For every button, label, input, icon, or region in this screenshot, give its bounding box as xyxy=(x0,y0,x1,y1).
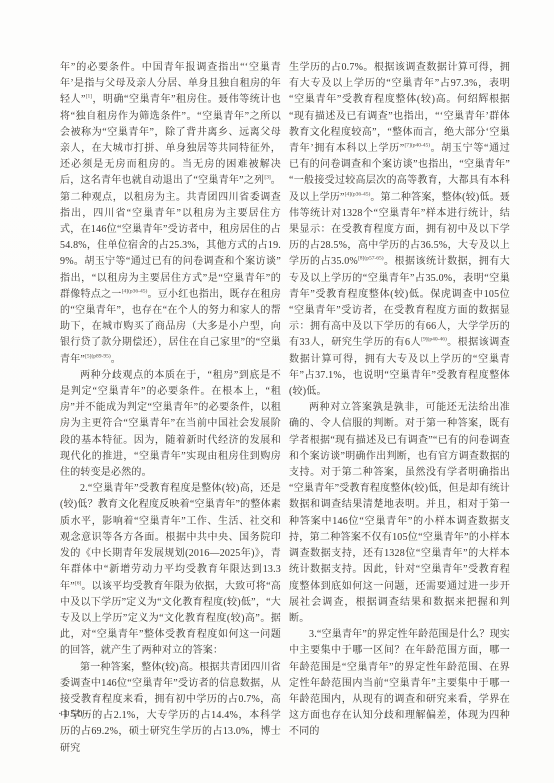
document-page: 年”的必要条件。中国青年报调查指出“‘空巢青年’是指与父母及亲人分居、单身且独自… xyxy=(0,0,554,783)
left-column: 年”的必要条件。中国青年报调查指出“‘空巢青年’是指与父母及亲人分居、单身且独自… xyxy=(60,60,281,757)
paragraph-continuation: 年”的必要条件。中国青年报调查指出“‘空巢青年’是指与父母及亲人分居、单身且独自… xyxy=(60,60,281,368)
right-column: 生学历的占0.7%。根据该调查数据计算可得，拥有大专及以上学历的“空巢青年”占9… xyxy=(289,60,510,757)
paragraph: 两种对立答案孰是孰非，可能还无法给出准确的、令人信服的判断。对于第一种答案，既有… xyxy=(289,400,510,627)
paragraph: 3.“空巢青年”的界定性年龄范围是什么？现实中主要集中于哪一区间？在年龄范围方面… xyxy=(289,627,510,740)
page-number: ·150· xyxy=(58,708,89,720)
paragraph: 两种分歧观点的本质在于，“租房”到底是不是判定“空巢青年”的必要条件。在根本上，… xyxy=(60,368,281,481)
paragraph: 第一种答案，整体(较)高。根据共青团四川省委调查中146位“空巢青年”受访者的信… xyxy=(60,660,281,757)
paragraph-continuation: 生学历的占0.7%。根据该调查数据计算可得，拥有大专及以上学历的“空巢青年”占9… xyxy=(289,60,510,400)
text-columns: 年”的必要条件。中国青年报调查指出“‘空巢青年’是指与父母及亲人分居、单身且独自… xyxy=(60,60,510,757)
paragraph: 2.“空巢青年”受教育程度是整体(较)高，还是(较)低？教育文化程度反映着“空巢… xyxy=(60,481,281,659)
